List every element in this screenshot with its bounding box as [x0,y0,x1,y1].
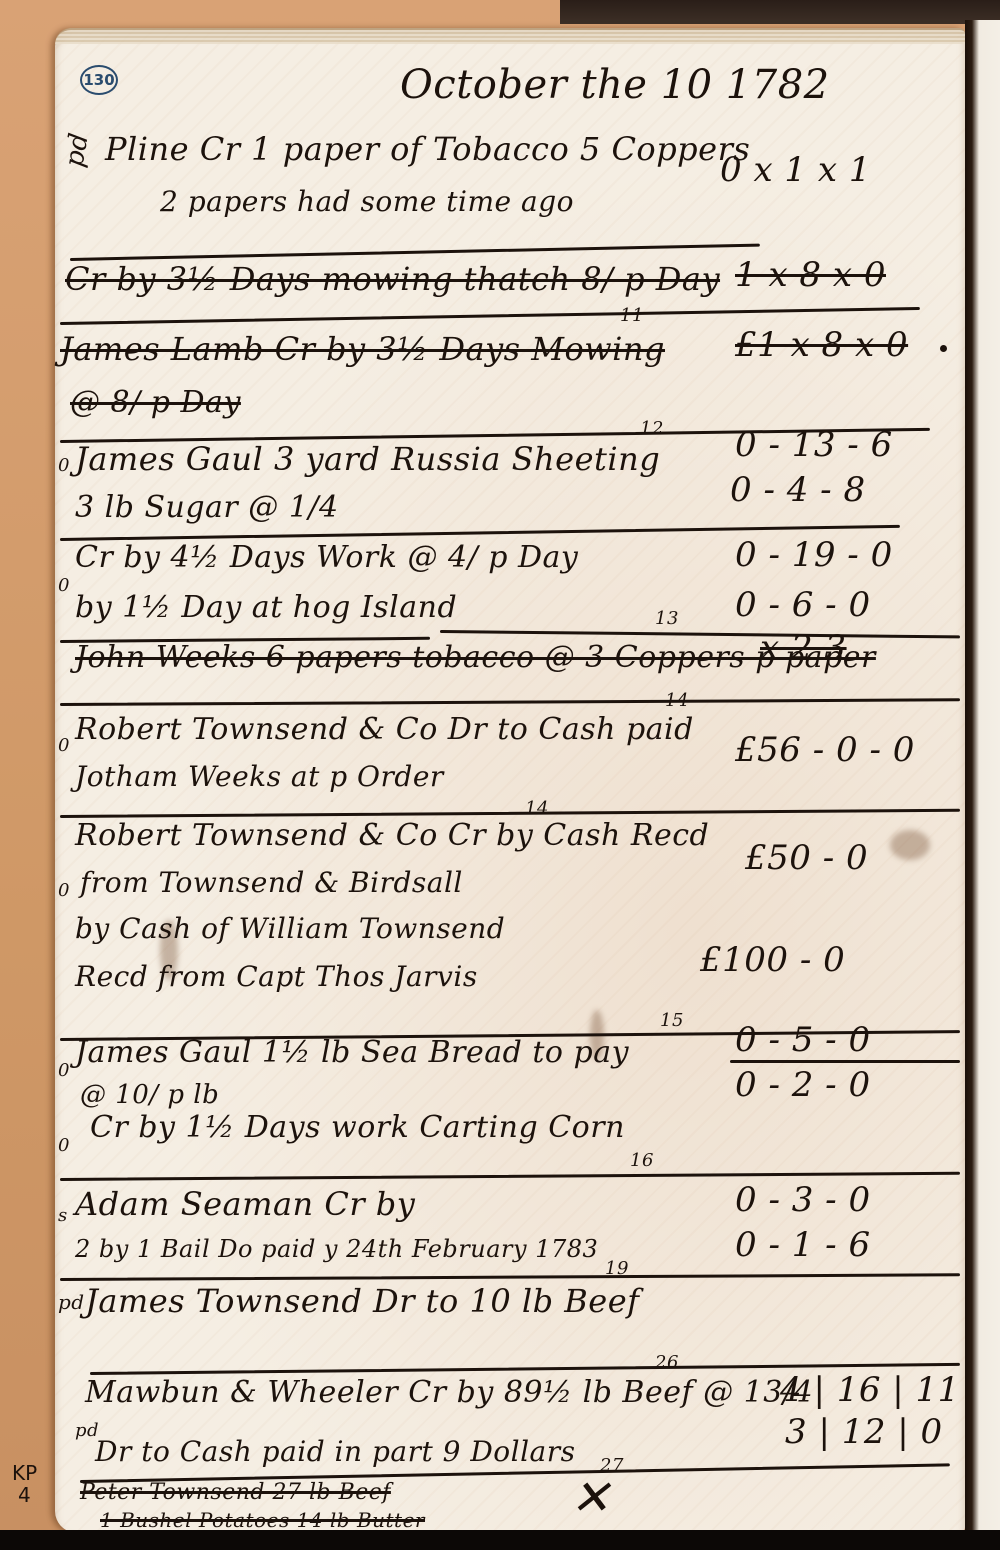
entry-margin-mark: pd [59,131,94,170]
adjacent-page-edge [965,20,1000,1540]
entry-line: Recd from Capt Thos Jarvis [75,960,478,993]
entry-amount: 0 - 6 - 0 [735,585,871,625]
ink-stain [890,830,930,860]
archive-mark: KP 4 [12,1462,37,1506]
folio-number: 130 [83,71,114,89]
entry-amount: 4 | 16 | 11 [780,1370,960,1410]
entry-line: James Townsend Dr to 10 lb Beef [85,1282,639,1320]
entry-line: 3 lb Sugar @ 1/4 [75,490,339,525]
entry-day: 16 [630,1150,654,1171]
bottom-shadow [0,1530,1000,1550]
entry-line: by Cash of William Townsend [75,912,505,945]
entry-line: Cr by 4½ Days Work @ 4/ p Day [75,540,578,575]
entry-margin-mark: 0 [58,455,70,476]
archive-mark-line: KP [12,1462,37,1484]
entry-divider [730,1060,960,1063]
entry-line: 2 by 1 Bail Do paid y 24th February 1783 [75,1235,598,1263]
entry-margin-mark: s [58,1205,68,1226]
entry-amount: £100 - 0 [700,940,845,980]
entry-line: Adam Seaman Cr by [75,1185,415,1223]
entry-line: Robert Townsend & Co Cr by Cash Recd [75,818,709,853]
entry-line: @ 10/ p lb [80,1080,219,1110]
entry-amount: 0 x 1 x 1 [720,150,871,190]
entry-line: James Gaul 1½ lb Sea Bread to pay [75,1035,629,1070]
entry-line: 2 papers had some time ago [160,185,574,218]
entry-day: 26 [655,1352,679,1373]
entry-amount: 1 x 8 x 0 [735,255,886,295]
entry-amount: £1 x 8 x 0 [735,325,908,365]
entry-day: 14 [525,798,549,819]
entry-line: by 1½ Day at hog Island [75,590,457,625]
entry-line: James Lamb Cr by 3½ Days Mowing [60,330,665,368]
entry-line: Dr to Cash paid in part 9 Dollars [95,1435,575,1468]
entry-amount: 0 - 13 - 6 [735,425,893,465]
binding-strip [560,0,1000,24]
entry-line: Cr by 1½ Days work Carting Corn [90,1110,625,1145]
entry-line: James Gaul 3 yard Russia Sheeting [75,440,660,478]
entry-day: 12 [640,418,664,439]
entry-amount: 0 - 1 - 6 [735,1225,871,1265]
entry-day: 15 [660,1010,684,1031]
entry-line: Jotham Weeks at p Order [75,760,444,793]
entry-amount: x 2 3 [760,628,847,668]
entry-amount: 0 - 3 - 0 [735,1180,871,1220]
entry-amount: £56 - 0 - 0 [735,730,915,770]
entry-margin-mark: 0 [58,735,70,756]
entry-line: Mawbun & Wheeler Cr by 89½ lb Beef @ 13/… [85,1375,813,1410]
entry-amount: 0 - 4 - 8 [730,470,866,510]
entry-margin-mark: 0 [58,1060,70,1081]
entry-amount: 3 | 12 | 0 [785,1412,943,1452]
entry-line: Cr by 3½ Days mowing thatch 8/ p Day [65,260,720,298]
entry-amount: 0 - 19 - 0 [735,535,893,575]
entry-day: 14 [665,690,689,711]
entry-line: John Weeks 6 papers tobacco @ 3 Coppers … [75,640,876,675]
entry-line: 1 Bushel Potatoes 14 lb Butter [100,1508,425,1532]
entry-line: Pline Cr 1 paper of Tobacco 5 Coppers [105,130,750,168]
entry-line: from Townsend & Birdsall [80,866,463,899]
entry-day: 19 [605,1258,629,1279]
folio-number-stamp: 130 [80,65,118,95]
page-top-edge [55,28,965,44]
entry-amount: 0 - 5 - 0 [735,1020,871,1060]
entry-line: Robert Townsend & Co Dr to Cash paid [75,712,694,747]
archive-mark-line: 4 [12,1484,37,1506]
cross-mark: ✕ [570,1470,611,1526]
entry-amount: £50 - 0 [745,838,868,878]
entry-margin-mark: pd [58,1290,85,1314]
entry-line: Peter Townsend 27 lb Beef [80,1480,391,1505]
entry-margin-mark: 0 [58,880,70,901]
entry-amount: 0 - 2 - 0 [735,1065,871,1105]
entry-day: 11 [620,305,644,326]
entry-margin-mark: 0 [58,1135,70,1156]
ink-dot [940,345,947,352]
entry-line: @ 8/ p Day [70,385,241,420]
entry-day: 13 [655,608,679,629]
page-heading: October the 10 1782 [400,62,830,108]
entry-margin-mark: 0 [58,575,70,596]
